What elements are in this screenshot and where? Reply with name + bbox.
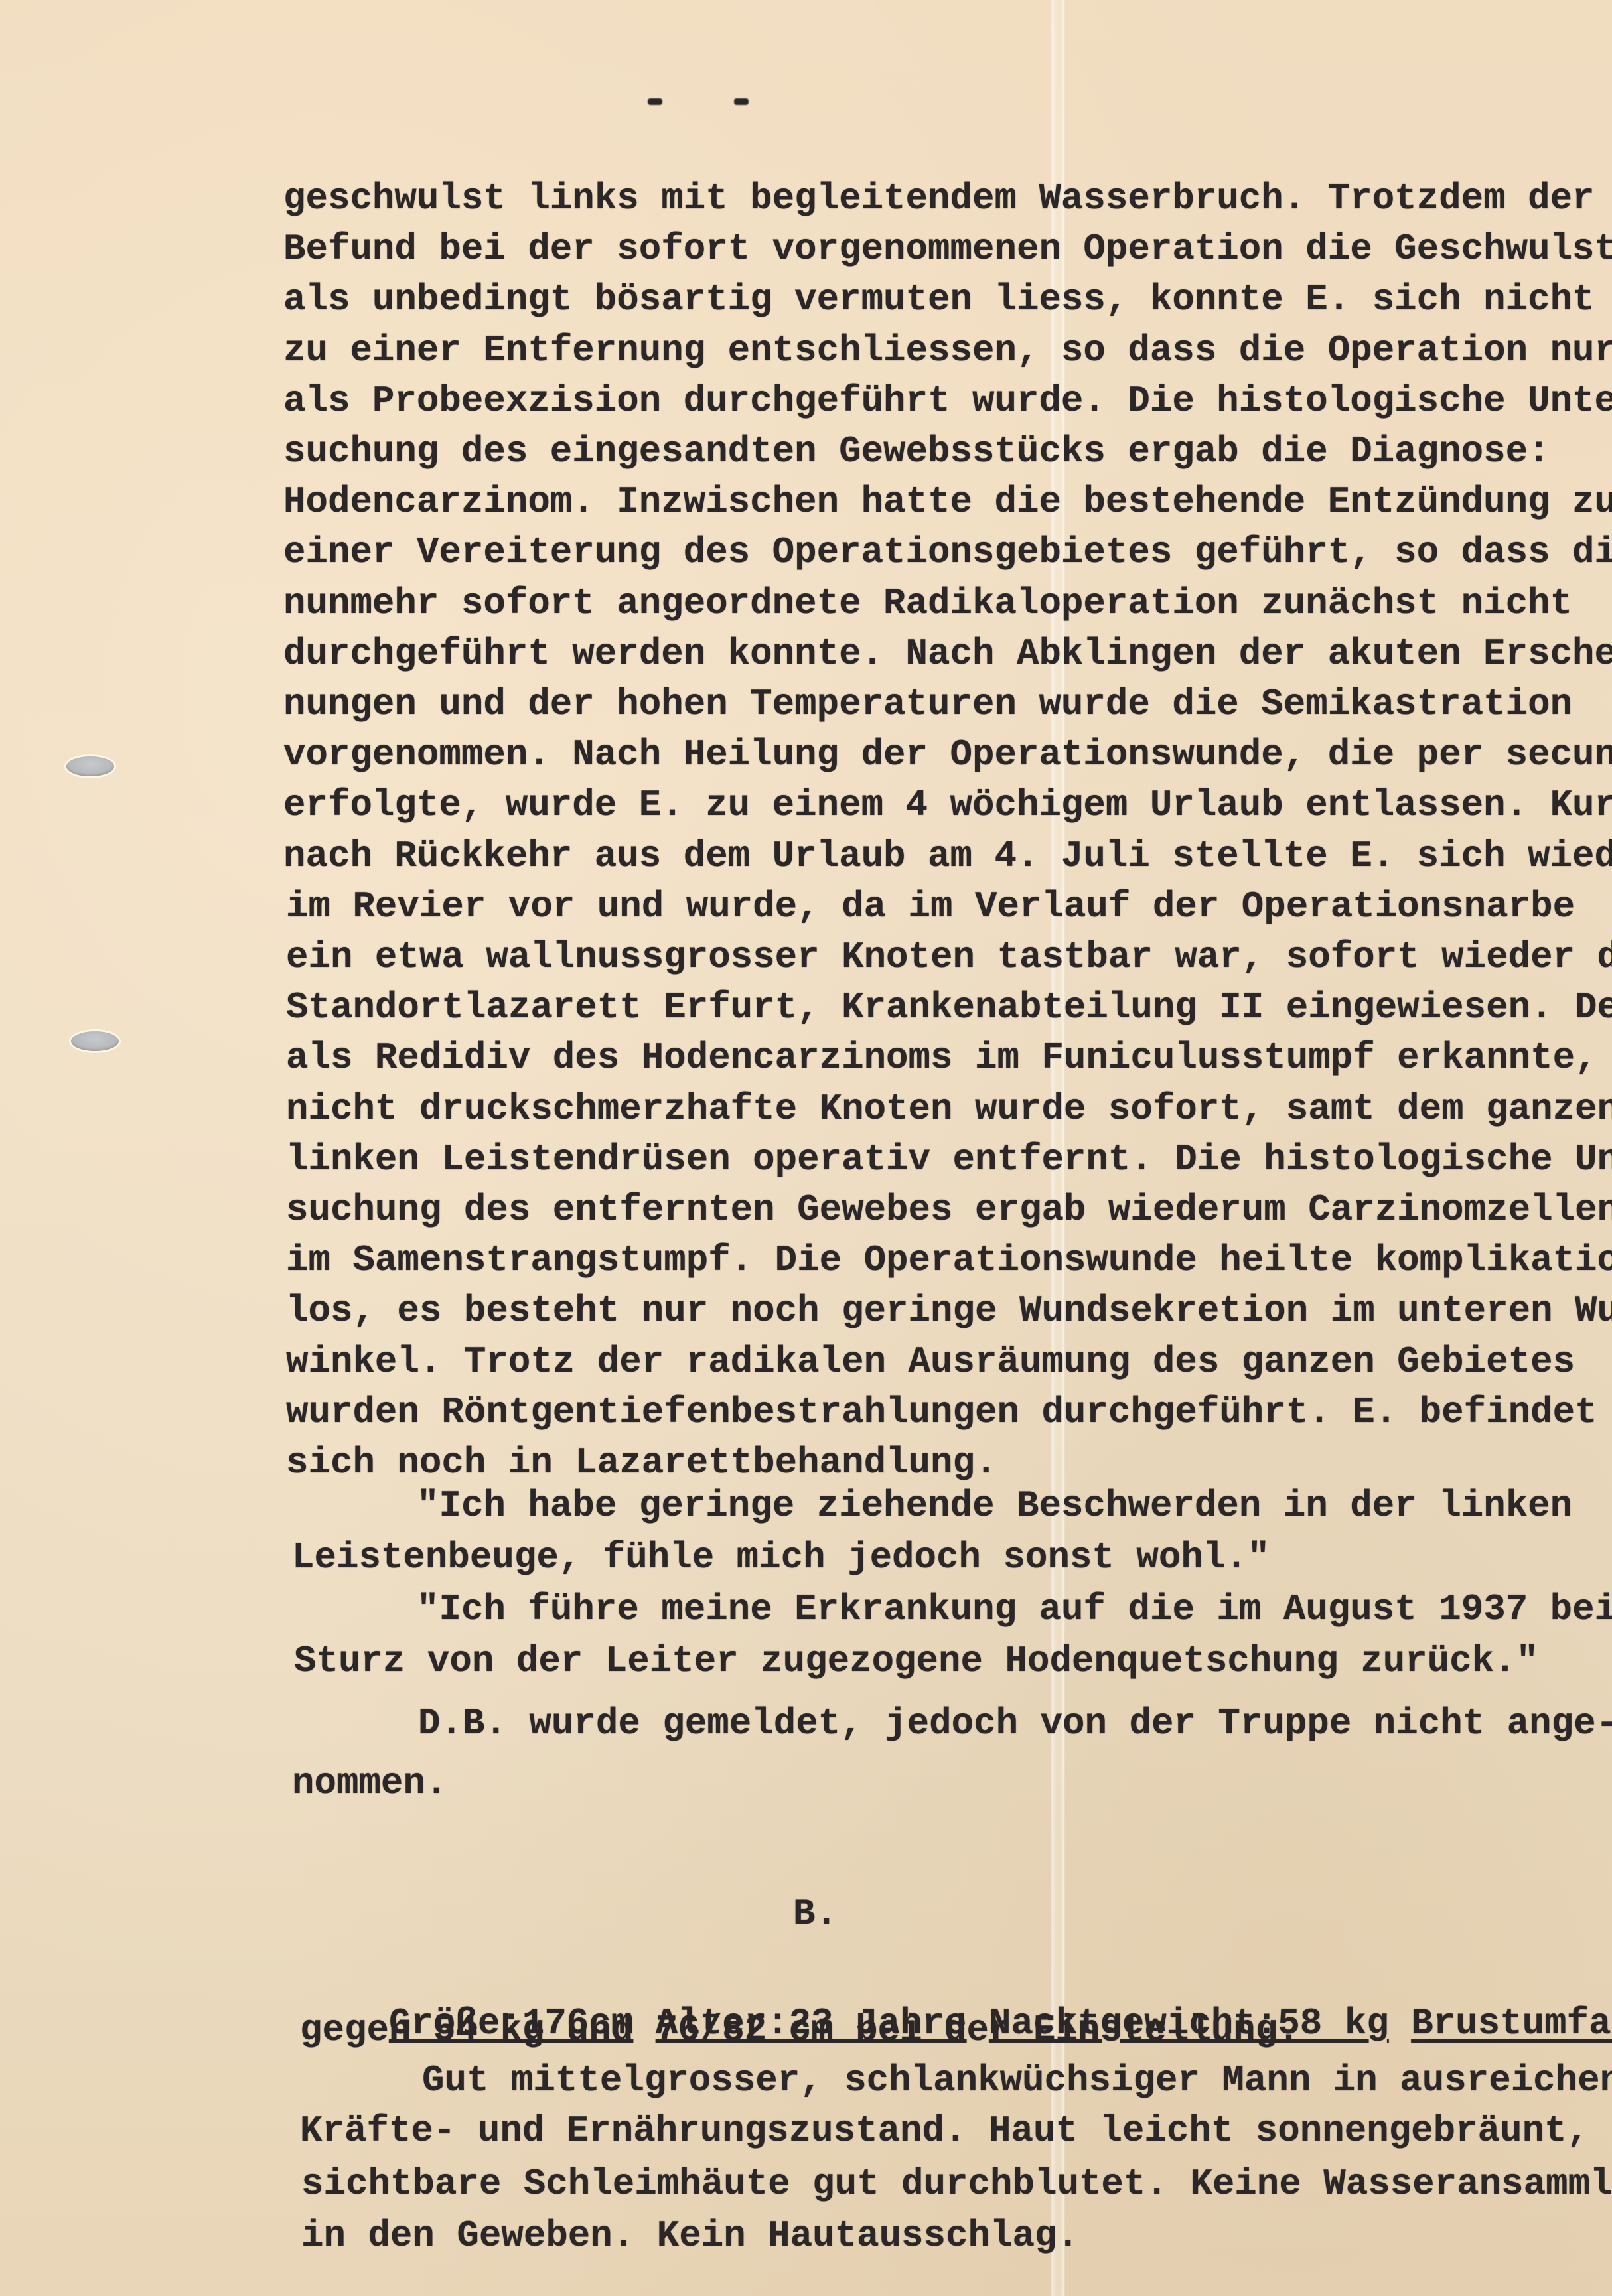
- text-line: nicht druckschmerzhafte Knoten wurde sof…: [286, 1090, 1612, 1129]
- quote-line: Leistenbeuge, fühle mich jedoch sonst wo…: [292, 1538, 1270, 1578]
- text-line: ein etwa wallnussgrosser Knoten tastbar …: [286, 938, 1612, 977]
- quote-line: Sturz von der Leiter zugezogene Hodenque…: [294, 1642, 1538, 1682]
- quote-line: "Ich führe meine Erkrankung auf die im A…: [417, 1590, 1612, 1630]
- punch-hole-lower: [71, 1031, 119, 1051]
- text-line: nungen und der hohen Temperaturen wurde …: [283, 685, 1572, 725]
- text-line: gegen 54 kg und 76/82 cm bei der Einstel…: [300, 2011, 1300, 2050]
- text-line: im Revier vor und wurde, da im Verlauf d…: [286, 887, 1575, 927]
- text-line: suchung des eingesandten Gewebsstücks er…: [283, 432, 1550, 472]
- page-marker-dash-right: [734, 98, 749, 105]
- text-line: in den Geweben. Kein Hautausschlag.: [301, 2216, 1079, 2256]
- text-line: geschwulst links mit begleitendem Wasser…: [283, 179, 1595, 219]
- quote-line: "Ich habe geringe ziehende Beschwerden i…: [417, 1486, 1572, 1526]
- text-line: nommen.: [292, 1764, 447, 1804]
- text-line: Gut mittelgrosser, schlankwüchsiger Mann…: [422, 2061, 1612, 2101]
- text-line: los, es besteht nur noch geringe Wundsek…: [286, 1291, 1612, 1331]
- text-line: zu einer Entfernung entschliessen, so da…: [283, 331, 1612, 371]
- page-marker-dash-left: [648, 98, 662, 105]
- text-line: durchgeführt werden konnte. Nach Abkling…: [283, 634, 1612, 674]
- text-line: linken Leistendrüsen operativ entfernt. …: [286, 1140, 1612, 1180]
- text-line: als Probeexzision durchgeführt wurde. Di…: [283, 382, 1612, 421]
- text-line: sich noch in Lazarettbehandlung.: [286, 1443, 997, 1483]
- text-line: winkel. Trotz der radikalen Ausräumung d…: [286, 1342, 1575, 1382]
- section-heading-b: B.: [793, 1895, 838, 1934]
- text-line: als unbedingt bösartig vermuten liess, k…: [283, 280, 1595, 320]
- text-line: D.B. wurde gemeldet, jedoch von der Trup…: [418, 1704, 1612, 1744]
- text-line: als Redidiv des Hodencarzinoms im Funicu…: [286, 1039, 1597, 1078]
- punch-hole-upper: [66, 756, 114, 776]
- text-line: suchung des entfernten Gewebes ergab wie…: [286, 1190, 1612, 1230]
- text-line: vorgenommen. Nach Heilung der Operations…: [283, 735, 1612, 775]
- text-line: einer Vereiterung des Operationsgebietes…: [283, 533, 1612, 573]
- text-line: im Samenstrangstumpf. Die Operationswund…: [286, 1241, 1612, 1281]
- text-line: sichtbare Schleimhäute gut durchblutet. …: [301, 2165, 1612, 2204]
- text-line: Befund bei der sofort vorgenommenen Oper…: [283, 230, 1612, 269]
- text-line: wurden Röntgentiefenbestrahlungen durchg…: [286, 1393, 1597, 1433]
- document-page: geschwulst links mit begleitendem Wasser…: [0, 0, 1612, 2296]
- measurement-chest: Brustumfang:78/85cm: [1411, 2003, 1612, 2045]
- text-line: Kräfte- und Ernährungszustand. Haut leic…: [300, 2112, 1589, 2151]
- text-line: nach Rückkehr aus dem Urlaub am 4. Juli …: [283, 837, 1612, 877]
- text-line: Standortlazarett Erfurt, Krankenabteilun…: [286, 988, 1612, 1028]
- text-line: Hodencarzinom. Inzwischen hatte die best…: [283, 482, 1612, 522]
- text-line: erfolgte, wurde E. zu einem 4 wöchigem U…: [283, 786, 1612, 825]
- text-line: nunmehr sofort angeordnete Radikaloperat…: [283, 584, 1572, 624]
